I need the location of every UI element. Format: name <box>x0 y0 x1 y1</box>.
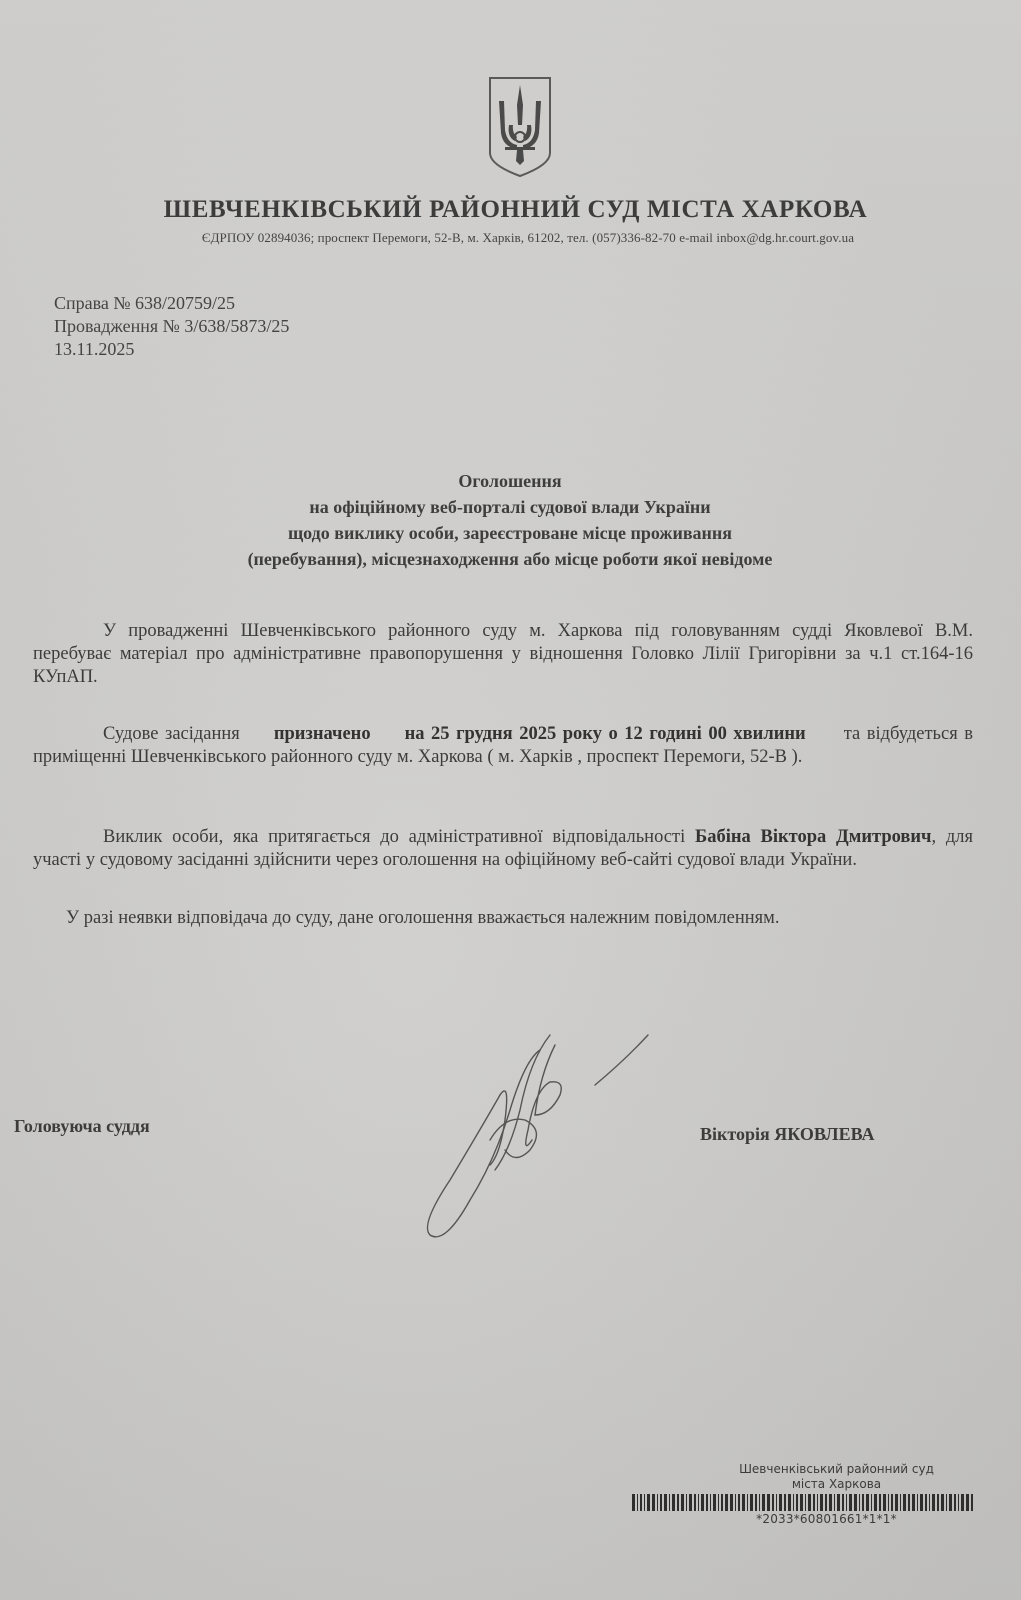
court-contacts: ЄДРПОУ 02894036; проспект Перемоги, 52-В… <box>118 230 938 246</box>
paragraph-summons: Виклик особи, яка притягається до адміні… <box>33 826 973 872</box>
court-name: ШЕВЧЕНКІВСЬКИЙ РАЙОННИЙ СУД МІСТА ХАРКОВ… <box>0 196 1021 224</box>
document-page: ШЕВЧЕНКІВСЬКИЙ РАЙОННИЙ СУД МІСТА ХАРКОВ… <box>0 0 1021 1600</box>
hearing-datetime: на 25 грудня 2025 року о 12 годині 00 хв… <box>405 724 806 744</box>
paragraph-1-text: У провадженні Шевченківського районного … <box>33 621 973 687</box>
judge-name: Вікторія ЯКОВЛЕВА <box>700 1124 874 1145</box>
announcement-heading: Оголошення на офіційному веб-порталі суд… <box>150 468 870 572</box>
coat-of-arms-icon <box>487 75 553 179</box>
stamp-court-line-2: міста Харкова <box>632 1477 1021 1492</box>
barcode-icon <box>632 1494 1021 1511</box>
court-barcode-stamp: Шевченківський районний суд міста Харков… <box>632 1462 1021 1526</box>
paragraph-notice: У разі неявки відповідача до суду, дане … <box>66 907 966 930</box>
case-references: Справа № 638/20759/25 Провадження № 3/63… <box>54 292 289 361</box>
summons-intro: Виклик особи, яка притягається до адміні… <box>103 827 685 847</box>
signature-icon <box>410 1020 660 1250</box>
document-date: 13.11.2025 <box>54 338 289 361</box>
heading-line-3: щодо виклику особи, зареєстроване місце … <box>150 520 870 546</box>
heading-line-2: на офіційному веб-порталі судової влади … <box>150 494 870 520</box>
case-number: Справа № 638/20759/25 <box>54 292 289 315</box>
signer-role: Головуюча суддя <box>14 1116 150 1137</box>
paragraph-proceeding: У провадженні Шевченківського районного … <box>33 620 973 689</box>
stamp-court-line-1: Шевченківський районний суд <box>632 1462 1021 1477</box>
heading-line-1: Оголошення <box>150 468 870 494</box>
proceeding-number: Провадження № 3/638/5873/25 <box>54 315 289 338</box>
paragraph-hearing: Судове засіданняпризначенона 25 грудня 2… <box>33 723 973 769</box>
hearing-intro: Судове засідання <box>103 724 240 744</box>
notice-text: У разі неявки відповідача до суду, дане … <box>66 908 779 928</box>
barcode-number: *2033*60801661*1*1* <box>632 1512 1021 1526</box>
hearing-scheduled: призначено <box>274 724 371 744</box>
heading-line-4: (перебування), місцезнаходження або місц… <box>150 546 870 572</box>
summoned-person: Бабіна Віктора Дмитрович <box>695 827 932 847</box>
